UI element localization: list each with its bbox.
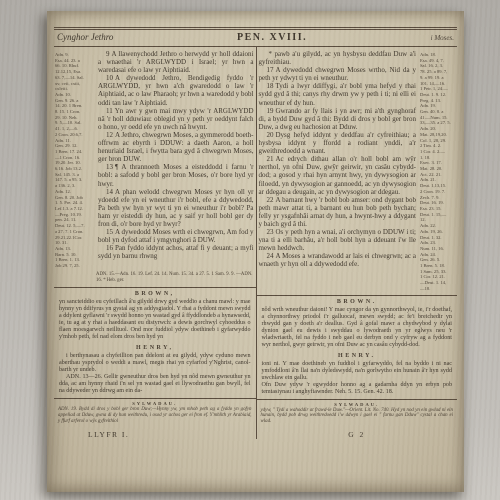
note-paragraph: ADN. 19. Bydd di dros y bobl ger bron Du… xyxy=(58,407,252,424)
left-verse-text: 9A llawenychodd Jethro o herwydd yr holl… xyxy=(96,50,256,269)
verse: 24A Moses a wrandawodd ar lais ei chwegr… xyxy=(259,252,417,268)
right-sylwadau-notes: SYLWADAU. ydyw, " Tydi a wahoddir at fra… xyxy=(257,399,458,426)
commentary-paragraph: Ofn Duw ydyw 'r egwyddor honno ag a gada… xyxy=(262,382,453,396)
verse-body: A dywedodd Jethro, Bendigedig fyddo 'r A… xyxy=(98,74,254,106)
verse-number: 20 xyxy=(267,131,276,139)
verse-number: 10 xyxy=(106,74,115,82)
scanned-book-photo: Cynghor Jethro PEN. XVIII. i Moses. Adn.… xyxy=(0,0,500,500)
henry-heading: HENRY, xyxy=(59,345,251,351)
verse-body: Pan fyddo iddynt achos, attaf fi y deuan… xyxy=(98,244,254,260)
left-henry-commentary: HENRY, i berthynasau a chyfeillion pan d… xyxy=(54,342,256,396)
verse-body: Tydi a lwyr ddiffygi, a'r bobl yma hefyd… xyxy=(259,82,417,106)
brown-paragraphs: nôd wrth wneuthur daioni! Y mae cyngor d… xyxy=(262,307,453,349)
verse-number: 19 xyxy=(267,107,276,115)
verse: 23Os y peth hyn a wnai, a'i orchymyn o D… xyxy=(259,228,417,252)
verse-number: 24 xyxy=(267,252,276,260)
running-header: Cynghor Jethro PEN. XVIII. i Moses. xyxy=(54,27,457,47)
left-sylwadau-notes: SYLWADAU. ADN. 19. Bydd di dros y bobl g… xyxy=(54,398,256,425)
verse-number: 16 xyxy=(106,244,115,252)
verse-body: A phan welodd chwegrwn Moses yr hyn oll … xyxy=(98,188,254,228)
verse: 19Gwrando ar fy llais i yn awr; mi a'th … xyxy=(259,107,417,131)
verse: 11Yn awr y gwn mai mwy ydyw 'r ARGLWYDD … xyxy=(98,107,254,131)
sylwadau-paragraphs: ADN. 19. Bydd di dros y bobl ger bron Du… xyxy=(58,407,252,424)
sylwadau-paragraphs: ydyw, " Tydi a wahoddir at frawd-le Duw.… xyxy=(261,408,454,425)
header-left-title: Cynghor Jethro xyxy=(57,32,113,42)
verse-number: 12 xyxy=(106,131,115,139)
verse-number: 15 xyxy=(106,228,115,236)
verse-body: A llawenychodd Jethro o herwydd yr holl … xyxy=(98,50,254,74)
verse-number: 17 xyxy=(267,66,276,74)
verse-number: 23 xyxy=(267,228,276,236)
verse-number: 11 xyxy=(106,107,115,115)
henry-paragraphs: i berthynasau a chyfeillion pan ddelont … xyxy=(59,353,251,395)
verse: 9A llawenychodd Jethro o herwydd yr holl… xyxy=(98,50,254,74)
margin-reference: Job 29. 7, 25. xyxy=(55,263,94,269)
verse: 14A phan welodd chwegrwn Moses yr hyn ol… xyxy=(98,188,254,228)
verse: 15A dywedodd Moses wrth ei chwegrwn, Am … xyxy=(98,228,254,244)
verse-number: 13 xyxy=(106,163,115,171)
verse-number: 18 xyxy=(267,82,276,90)
sylwadau-heading: SYLWADAU. xyxy=(58,401,252,406)
verse-number: 21 xyxy=(267,155,276,163)
right-column: * pawb a'u gilydd, ac yn hysbysu deddfau… xyxy=(256,47,458,439)
commentary-paragraph: yn sancteiddio eu cyfeillach â'u gilydd … xyxy=(59,299,251,341)
verse-body: Dysg hefyd iddynt y deddfau a'r cyfreith… xyxy=(259,131,417,155)
verse: 12A Jethro, chwegrwn Moses, a gymmerodd … xyxy=(98,131,254,163)
verse-body: * pawb a'u gilydd, ac yn hysbysu deddfau… xyxy=(259,50,417,66)
left-scripture-block: Adn. 9.Esa. 44. 23. a66. 10. Rhuf.12.12,… xyxy=(54,50,256,269)
verse: 16Pan fyddo iddynt achos, attaf fi y deu… xyxy=(98,244,254,260)
commentary-paragraph: ADN. 13—26. Gellir gwneuthur dros ben hy… xyxy=(59,374,251,395)
verse-body: ¶ A thrannoeth Moses a eisteddodd i farn… xyxy=(98,163,254,187)
henry-paragraphs: ioni ni. Y mae doethineb yn fuddiol i gy… xyxy=(262,361,453,396)
margin-reference: —18. xyxy=(420,286,457,292)
verse: 20Dysg hefyd iddynt y deddfau a'r cyfrei… xyxy=(259,131,417,155)
brown-heading: BROWN, xyxy=(59,291,251,297)
verse-body: Ac edrych dithau allan o'r holl bobl am … xyxy=(259,155,417,195)
right-scripture-block: * pawb a'u gilydd, ac yn hysbysu deddfau… xyxy=(257,50,458,292)
commentary-paragraph: ioni ni. Y mae doethineb yn fuddiol i gy… xyxy=(262,361,453,382)
note-paragraph: ydyw, " Tydi a wahoddir at frawd-le Duw.… xyxy=(261,408,454,425)
right-henry-commentary: HENRY. ioni ni. Y mae doethineb yn fuddi… xyxy=(257,350,458,397)
verse: 17A dywedodd chwegrwn Moses wrtho, Nid d… xyxy=(259,66,417,82)
verse: * pawb a'u gilydd, ac yn hysbysu deddfau… xyxy=(259,50,417,66)
verse-body: Gwrando ar fy llais i yn awr; mi a'th gy… xyxy=(259,107,417,131)
brown-heading: BROWN. xyxy=(262,299,453,305)
verse-body: A barnant hwy 'r bobl bob amser: ond dyg… xyxy=(259,196,417,228)
two-column-body: Adn. 9.Esa. 44. 23. a66. 10. Rhuf.12.12,… xyxy=(54,47,457,439)
left-column: Adn. 9.Esa. 44. 23. a66. 10. Rhuf.12.12,… xyxy=(54,47,256,439)
left-margin-references: Adn. 9.Esa. 44. 23. a66. 10. Rhuf.12.12,… xyxy=(54,50,96,269)
right-margin-references: Adn. 18.Esa. 49. 4, 7.Sal. 16. 2, 3.78. … xyxy=(418,50,457,292)
verse-number: 14 xyxy=(106,188,115,196)
henry-heading: HENRY. xyxy=(262,353,453,359)
left-brown-commentary: BROWN, yn sancteiddio eu cyfeillach â'u … xyxy=(54,287,256,342)
book-signature: LLYFR I. xyxy=(88,430,256,439)
header-chapter-title: PEN. XVIII. xyxy=(237,32,307,43)
verse: 18Tydi a lwyr ddiffygi, a'r bobl yma hef… xyxy=(259,82,417,106)
verse-body: A Moses a wrandawodd ar lais ei chwegrwn… xyxy=(259,252,417,268)
verse-body: Os y peth hyn a wnai, a'i orchymyn o DDU… xyxy=(259,228,417,252)
header-right-title: i Moses. xyxy=(431,34,454,42)
commentary-paragraph: i berthynasau a chyfeillion pan ddelont … xyxy=(59,353,251,374)
page-signature: G 2 xyxy=(257,430,458,439)
right-verse-text: * pawb a'u gilydd, ac yn hysbysu deddfau… xyxy=(257,50,419,292)
left-footnote: ADN. 15.—Adn. 16. 19. Lef. 24. 14. Num. … xyxy=(96,272,253,284)
brown-paragraphs: yn sancteiddio eu cyfeillach â'u gilydd … xyxy=(59,299,251,341)
sylwadau-heading: SYLWADAU. xyxy=(261,402,454,407)
verse-body: A dywedodd chwegrwn Moses wrtho, Nid da … xyxy=(259,66,417,82)
verse-body: A Jethro, chwegrwn Moses, a gymmerodd bo… xyxy=(98,131,254,163)
commentary-paragraph: nôd wrth wneuthur daioni! Y mae cyngor d… xyxy=(262,307,453,349)
verse-body: A dywedodd Moses wrth ei chwegrwn, Am fo… xyxy=(98,228,254,244)
verse: 21Ac edrych dithau allan o'r holl bobl a… xyxy=(259,155,417,195)
book-page: Cynghor Jethro PEN. XVIII. i Moses. Adn.… xyxy=(47,11,464,492)
verse: 10A dywedodd Jethro, Bendigedig fyddo 'r… xyxy=(98,74,254,106)
verse: 22A barnant hwy 'r bobl bob amser: ond d… xyxy=(259,196,417,228)
right-brown-commentary: BROWN. nôd wrth wneuthur daioni! Y mae c… xyxy=(257,295,458,350)
verse: 13¶ A thrannoeth Moses a eisteddodd i fa… xyxy=(98,163,254,187)
verse-number: 22 xyxy=(267,196,276,204)
verse-body: Yn awr y gwn mai mwy ydyw 'r ARGLWYDD nâ… xyxy=(98,107,254,131)
